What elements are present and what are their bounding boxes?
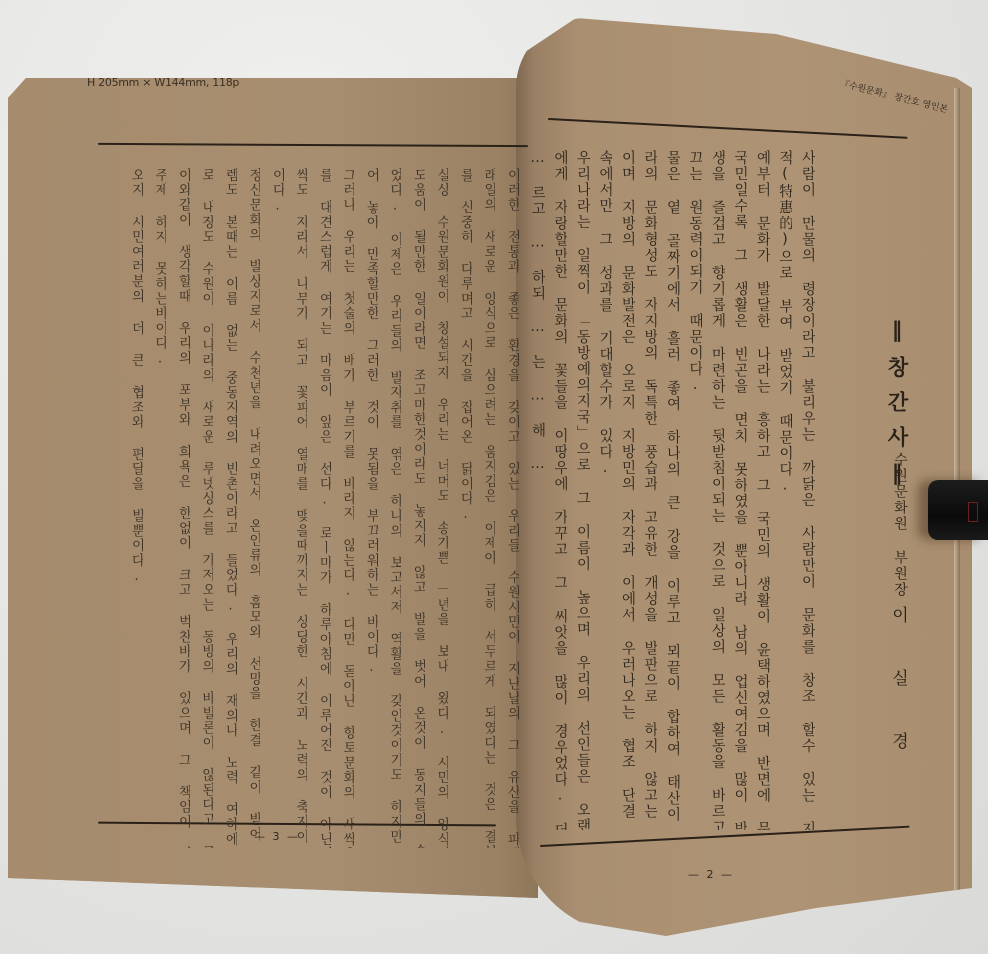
author-byline: 수원문화원 부원장 [890, 452, 910, 598]
text-column: 이며 지방의 문화발전은 오로지 지방민의 자각과 이에서 우러나오는 협조 단… [620, 150, 635, 830]
text-column: 에게 자랑할만한 문화의 꽃들을 이땅우에 가꾸고 그 씨앗을 많이 경우었다.… [553, 150, 568, 830]
text-column: 이와같이 생각할때 우리의 포부와 희욕은 한없이 크고 벅찬바가 있으며 그 … [176, 168, 190, 848]
clip-logo-icon [968, 502, 978, 522]
text-column: 오지 시민여러분의 더 큰 협조와 편달을 빌뿐이다. [129, 168, 143, 585]
left-page-number: — 3 — [254, 830, 300, 843]
book-spec-label: H 205mm × W144mm, 118p [87, 76, 239, 89]
text-column: 래일의 새로운 양식으로 삼으려는 움지김은 이제야 급히 서두르게 되였다는 … [482, 168, 496, 848]
text-column: 속에서만 그 성과를 기대할수가 있다. [598, 150, 613, 478]
text-column: 라의 문화형성도 자지방의 독특한 풍습과 고유한 개성을 발판으로 하지 않고… [643, 150, 658, 830]
text-column: 이다. [270, 168, 284, 215]
text-column: 도움이 될만한 일이라면 조고마한것이라도 놓지지 않고 발을 벗어 온것이 동… [411, 168, 425, 848]
author-name: 이실경 [886, 606, 911, 795]
text-column: 주제 하지 못하는바이다. [153, 168, 167, 368]
text-column: 를 신중히 다루며고 시간을 잡어온 닭이다. [458, 168, 472, 523]
text-column: 정신문화의 발상지로서 수천년을 내려오면서 온인류의 흠모와 선망을 한결 같… [247, 168, 261, 848]
text-column: 생을 즐겁고 향기롭게 마련하는 뒷받침이되는 것으로 일상의 모든 활동을 바… [710, 150, 725, 830]
text-column: 렘도 본때는 이름 없는 중동지역의 빈촌이라고 들었다. 우리의 재의나 노력… [223, 168, 237, 848]
text-column: 예부터 문화가 발달한 나라는 흥하고 그 국민의 생활이 윤택하였으며 반면에… [755, 150, 770, 830]
text-column: 었다. 이제은 우리들의 발자취를 엮은 하나의 보고서저 역활을 갖인것이기도… [388, 168, 402, 848]
text-column: 국민일수록 그 생활은 빈곤을 면치 못하였을 뿐아니라 남의 업신여김을 많이… [733, 150, 748, 830]
right-page-number: — 2 — [688, 868, 734, 881]
text-column: 로 내장도 수원이 이나라의 새로운 루넷상스를 가저오는 동방의 바빌론이 않… [200, 168, 214, 848]
text-column: 실상 수원문화원이 창설되자 우리는 너머도 송가쁜 一년을 보내 왔다. 시민… [435, 168, 449, 848]
text-column: 어 놓아 만족할만한 그러한 것이 못됨을 부끄러워하는 바이다. [364, 168, 378, 676]
text-column: 우리나라는 일찍이 「동방예의지국」으로 그 이름이 높으며 우리의 선인들은 … [575, 150, 590, 830]
text-column: 그러나 우리는 첫술의 배가 부르기를 바라지 않는다. 다만 돋아난 향토문화… [341, 168, 355, 848]
binder-clip [928, 480, 988, 540]
text-column: 를 대견스럽게 여기는 마음이 앞은 선다. 로ㅣ마가 하루아침에 이루어진 것… [317, 168, 331, 848]
text-column: 싹도 자라서 나무가 되고 꽃피어 열매를 맺을때까지는 상당한 시간과 노력의… [294, 168, 308, 848]
text-column: 이러한 전통과 좋은 환경을 갖이고 있는 우리들 수원시민이 지난날의 그 유… [505, 168, 519, 848]
text-column: … 르고 … 하되 … 는 … 해 … [530, 150, 545, 474]
text-column: 물은 옅 골짜기에서 흘러 좋여 하나의 큰 강을 이루고 뫼끝이 합하여 태산… [665, 150, 680, 830]
text-column: 적(特惠的)으로 부여 받었기 때문이다. [778, 150, 793, 495]
text-column: 끄는 원동력이되기 때문이다. [688, 150, 703, 395]
text-column: 사람이 만물의 령장이라고 불리우는 까닭은 사람만이 문화를 창조 할수 있는… [800, 150, 815, 830]
